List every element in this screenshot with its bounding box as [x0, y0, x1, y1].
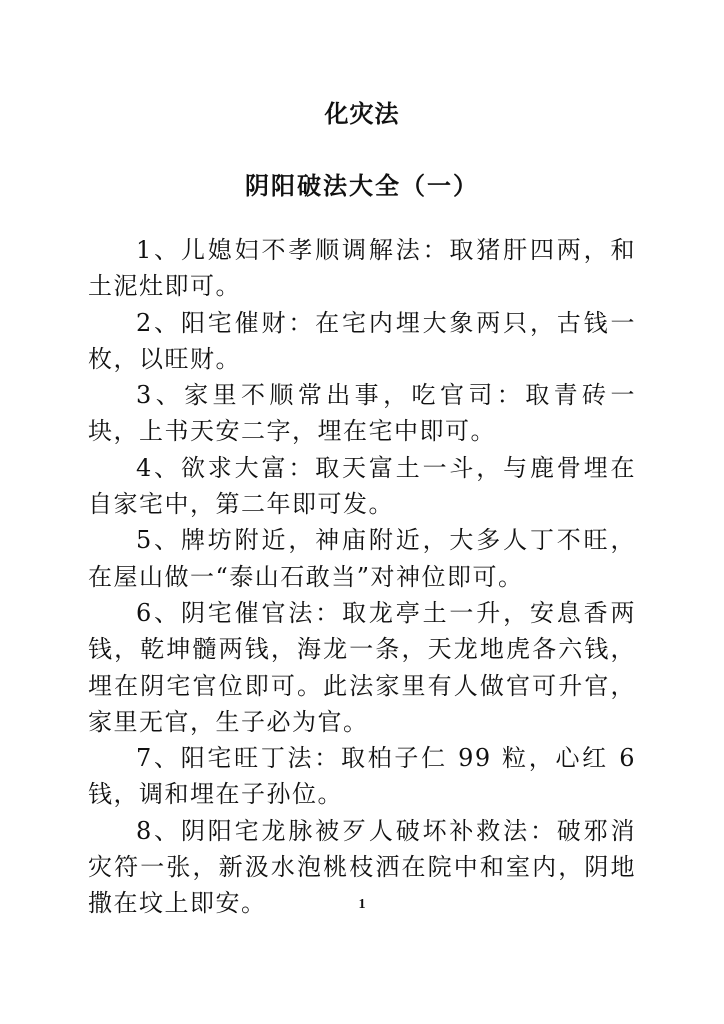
paragraph-6: 6、阴宅催官法：取龙亭土一升，安息香两钱，乾坤髓两钱，海龙一条，天龙地虎各六钱，…: [88, 595, 636, 740]
page-number: 1: [0, 896, 724, 914]
paragraph-3: 3、家里不顺常出事，吃官司：取青砖一块，上书天安二字，埋在宅中即可。: [88, 377, 636, 450]
document-body: 1、儿媳妇不孝顺调解法：取猪肝四两，和土泥灶即可。 2、阳宅催财：在宅内埋大象两…: [88, 232, 636, 922]
paragraph-4: 4、欲求大富：取天富土一斗，与鹿骨埋在自家宅中，第二年即可发。: [88, 450, 636, 523]
document-title: 化灾法: [0, 98, 724, 130]
paragraph-7: 7、阳宅旺丁法：取柏子仁 99 粒，心红 6 钱，调和埋在子孙位。: [88, 740, 636, 813]
paragraph-2: 2、阳宅催财：在宅内埋大象两只，古钱一枚，以旺财。: [88, 305, 636, 378]
paragraph-5: 5、牌坊附近，神庙附近，大多人丁不旺，在屋山做一“泰山石敢当”对神位即可。: [88, 522, 636, 595]
document-subtitle: 阴阳破法大全（一）: [0, 170, 724, 202]
document-page: 化灾法 阴阳破法大全（一） 1、儿媳妇不孝顺调解法：取猪肝四两，和土泥灶即可。 …: [0, 0, 724, 1024]
paragraph-1: 1、儿媳妇不孝顺调解法：取猪肝四两，和土泥灶即可。: [88, 232, 636, 305]
